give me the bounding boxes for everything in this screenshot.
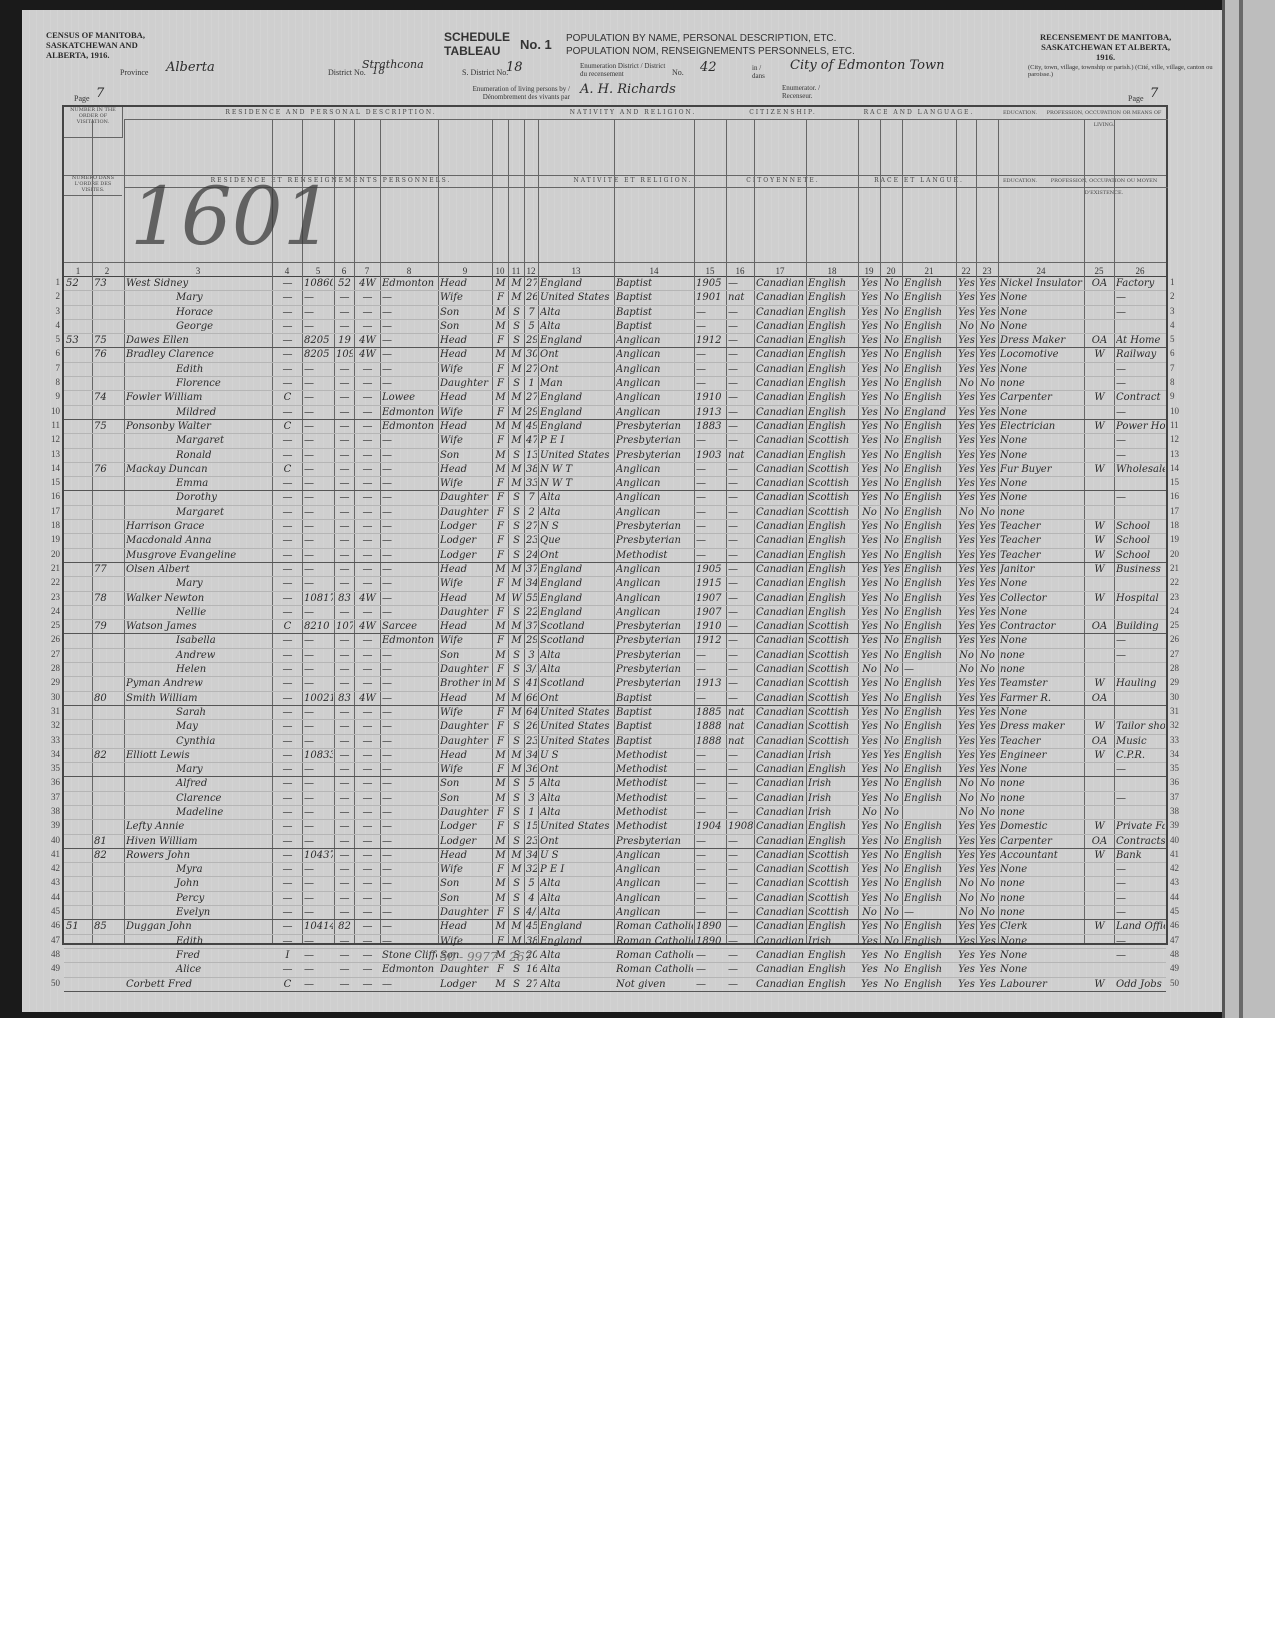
cell-sec: — — [304, 935, 333, 948]
cell-nationality: Canadian — [756, 877, 805, 890]
cell-nat: — — [728, 506, 753, 519]
cell-name: Elliott Lewis — [126, 749, 271, 762]
cell-emp: OA — [1086, 692, 1113, 705]
cell-rel: Wife — [440, 577, 491, 590]
cell-relig: Presbyterian — [616, 534, 693, 547]
cell-immig: — — [696, 520, 725, 533]
cell-occ: Clerk — [1000, 920, 1083, 933]
table-row: 3482Elliott Lewis—10833———HeadMM34U SMet… — [64, 749, 1166, 763]
cell-mil: — — [274, 549, 301, 562]
cell-s19: Yes — [860, 849, 879, 862]
column-number: 4 — [272, 266, 302, 276]
cell-birth: Alta — [540, 320, 613, 333]
column-number: 15 — [694, 266, 726, 276]
cell-age: 27 — [526, 391, 537, 404]
cell-sec: 10437 — [304, 849, 333, 862]
cell-relig: Baptist — [616, 277, 693, 290]
cell-emp: W — [1086, 677, 1113, 690]
cell-nationality: Canadian — [756, 906, 805, 919]
cell-muni: — — [382, 434, 437, 447]
cell-ms: M — [510, 935, 523, 948]
cell-ms: S — [510, 491, 523, 504]
cell-lang: English — [904, 735, 955, 748]
cell-w: Yes — [978, 677, 997, 690]
table-row: 8Florence—————DaughterFS1ManAnglican——Ca… — [64, 377, 1166, 391]
cell-s20: No — [882, 735, 901, 748]
cell-lang: English — [904, 606, 955, 619]
column-number: 10 — [492, 266, 508, 276]
cell-r: Yes — [958, 749, 975, 762]
cell-s20: No — [882, 920, 901, 933]
cell-r: Yes — [958, 706, 975, 719]
cell-mer: 4W — [356, 277, 379, 290]
cell-age: 27 — [526, 277, 537, 290]
cell-mil: — — [274, 277, 301, 290]
cell-rel: Head — [440, 563, 491, 576]
cell-birth: N W T — [540, 463, 613, 476]
line-number: 29 — [42, 677, 60, 687]
cell-relig: Not given — [616, 978, 693, 991]
cell-s20: No — [882, 906, 901, 919]
cell-where: Wholesale House — [1116, 463, 1165, 476]
cell-mer: — — [356, 863, 379, 876]
cell-nat: — — [728, 835, 753, 848]
column-number: 17 — [754, 266, 806, 276]
cell-s19: Yes — [860, 577, 879, 590]
cell-s19: No — [860, 506, 879, 519]
cell-immig: — — [696, 549, 725, 562]
cell-s19: Yes — [860, 449, 879, 462]
cell-age: 29 — [526, 634, 537, 647]
cell-relig: Anglican — [616, 377, 693, 390]
cell-nat: — — [728, 534, 753, 547]
cell-s19: Yes — [860, 792, 879, 805]
table-row: 18Harrison Grace—————LodgerFS27N SPresby… — [64, 520, 1166, 534]
cell-w: Yes — [978, 606, 997, 619]
cell-occ: None — [1000, 706, 1083, 719]
cell-mer: — — [356, 434, 379, 447]
cell-s20: No — [882, 706, 901, 719]
cell-r: No — [958, 806, 975, 819]
cell-muni: — — [382, 363, 437, 376]
cell-w: No — [978, 892, 997, 905]
line-number-right: 10 — [1170, 406, 1188, 416]
column-number: 2 — [92, 266, 122, 276]
cell-r: Yes — [958, 863, 975, 876]
cell-w: Yes — [978, 491, 997, 504]
cell-lang: English — [904, 792, 955, 805]
cell-sec: — — [304, 777, 333, 790]
cell-lang: English — [904, 706, 955, 719]
cell-mer: — — [356, 806, 379, 819]
cell-immig: — — [696, 377, 725, 390]
cell-r: Yes — [958, 978, 975, 991]
cell-r: No — [958, 320, 975, 333]
cell-w: Yes — [978, 749, 997, 762]
cell-relig: Anglican — [616, 363, 693, 376]
cell-w: Yes — [978, 935, 997, 948]
cell-sex: M — [494, 592, 507, 605]
table-row: 12Margaret—————WifeFM47P E IPresbyterian… — [64, 434, 1166, 448]
cell-w: Yes — [978, 763, 997, 776]
cell-sec: — — [304, 606, 333, 619]
cell-origin: English — [808, 420, 857, 433]
cell-mer: — — [356, 491, 379, 504]
cell-twp: — — [336, 506, 353, 519]
cell-where: — — [1116, 449, 1165, 462]
cell-birth: Ont — [540, 549, 613, 562]
sub-district-number: 18 — [506, 60, 523, 75]
cell-name: Olsen Albert — [126, 563, 271, 576]
line-number: 23 — [42, 592, 60, 602]
cell-birth: U S — [540, 849, 613, 862]
section-nativity-fr: NATIVITE ET RELIGION. — [538, 175, 728, 188]
cell-nat: — — [728, 277, 753, 290]
line-number: 30 — [42, 692, 60, 702]
cell-muni: — — [382, 835, 437, 848]
cell-rel: Head — [440, 348, 491, 361]
cell-ms: S — [510, 320, 523, 333]
cell-sec: — — [304, 391, 333, 404]
cell-occ: None — [1000, 449, 1083, 462]
line-number: 32 — [42, 720, 60, 730]
margin-annotation: 1601 — [130, 170, 334, 263]
cell-s20: Yes — [882, 749, 901, 762]
cell-where: Tailor shop — [1116, 720, 1165, 733]
cell-w: Yes — [978, 477, 997, 490]
cell-muni: — — [382, 477, 437, 490]
cell-w: Yes — [978, 849, 997, 862]
cell-name: Smith William — [126, 692, 271, 705]
column-number: 8 — [380, 266, 438, 276]
cell-w: Yes — [978, 978, 997, 991]
cell-s20: No — [882, 835, 901, 848]
column-number: 12 — [524, 266, 538, 276]
cell-sec: — — [304, 520, 333, 533]
cell-occ: None — [1000, 863, 1083, 876]
cell-relig: Anglican — [616, 577, 693, 590]
cell-name: Dawes Ellen — [126, 334, 271, 347]
cell-immig: — — [696, 306, 725, 319]
cell-relig: Baptist — [616, 692, 693, 705]
cell-nationality: Canadian — [756, 592, 805, 605]
place-value: City of Edmonton Town — [790, 58, 944, 73]
cell-muni: — — [382, 377, 437, 390]
cell-r: Yes — [958, 935, 975, 948]
cell-r: Yes — [958, 406, 975, 419]
cell-twp: — — [336, 906, 353, 919]
cell-nat: — — [728, 520, 753, 533]
line-number-right: 50 — [1170, 978, 1188, 988]
cell-r: No — [958, 649, 975, 662]
cell-s19: Yes — [860, 963, 879, 976]
cell-sec: — — [304, 792, 333, 805]
cell-lang: English — [904, 491, 955, 504]
cell-twp: 19 — [336, 334, 353, 347]
cell-r: Yes — [958, 949, 975, 962]
cell-muni: — — [382, 920, 437, 933]
cell-nat: — — [728, 920, 753, 933]
cell-occ: None — [1000, 406, 1083, 419]
section-profession-fr: PROFESSION, OCCUPATION OU MOYEN D'EXISTE… — [1040, 175, 1168, 188]
cell-sex: F — [494, 906, 507, 919]
cell-nat: — — [728, 777, 753, 790]
cell-lang: English — [904, 634, 955, 647]
table-row: 13Ronald—————SonMS13United StatesPresbyt… — [64, 449, 1166, 463]
cell-occ: none — [1000, 377, 1083, 390]
cell-twp: — — [336, 935, 353, 948]
cell-s20: No — [882, 978, 901, 991]
cell-rel: Brother in law — [440, 677, 491, 690]
cell-s20: No — [882, 620, 901, 633]
cell-nat: — — [728, 491, 753, 504]
cell-birth: Scotland — [540, 677, 613, 690]
line-number: 27 — [42, 649, 60, 659]
cell-age: 36 — [526, 763, 537, 776]
cell-nat: — — [728, 563, 753, 576]
cell-sec: — — [304, 506, 333, 519]
line-number-right: 30 — [1170, 692, 1188, 702]
cell-s20: No — [882, 877, 901, 890]
line-number-right: 43 — [1170, 877, 1188, 887]
table-row: 22Mary—————WifeFM34EnglandAnglican1915—C… — [64, 577, 1166, 591]
cell-sec: — — [304, 892, 333, 905]
table-row: 4081Hiven William—————LodgerMS23OntPresb… — [64, 835, 1166, 849]
cell-sex: M — [494, 563, 507, 576]
cell-muni: — — [382, 606, 437, 619]
cell-relig: Anglican — [616, 877, 693, 890]
cell-lang: English — [904, 949, 955, 962]
cell-sec: — — [304, 835, 333, 848]
cell-where: Hauling — [1116, 677, 1165, 690]
line-number-right: 36 — [1170, 777, 1188, 787]
cell-immig: 1890 — [696, 935, 725, 948]
cell-nationality: Canadian — [756, 677, 805, 690]
table-row: 38Madeline—————DaughterFS1AltaMethodist—… — [64, 806, 1166, 820]
cell-birth: Ont — [540, 363, 613, 376]
cell-sex: F — [494, 606, 507, 619]
cell-lang: English — [904, 620, 955, 633]
cell-origin: Scottish — [808, 620, 857, 633]
cell-age: 1 — [526, 377, 537, 390]
cell-nat: — — [728, 463, 753, 476]
line-number-right: 33 — [1170, 735, 1188, 745]
section-visitation: NUMBER IN THE ORDER OF VISITATION. — [64, 107, 123, 138]
cell-nat: — — [728, 620, 753, 633]
page-number-left: 7 — [96, 86, 104, 101]
line-number: 45 — [42, 906, 60, 916]
cell-sex: M — [494, 792, 507, 805]
cell-muni: — — [382, 649, 437, 662]
cell-nationality: Canadian — [756, 820, 805, 833]
cell-origin: English — [808, 763, 857, 776]
cell-s19: Yes — [860, 877, 879, 890]
cell-origin: English — [808, 277, 857, 290]
cell-s20: No — [882, 577, 901, 590]
cell-origin: Scottish — [808, 477, 857, 490]
cell-nat: — — [728, 935, 753, 948]
cell-where: School — [1116, 549, 1165, 562]
cell-nationality: Canadian — [756, 506, 805, 519]
cell-ms: M — [510, 348, 523, 361]
table-row: 2579Watson JamesC82101074WSarceeHeadMM37… — [64, 620, 1166, 634]
column-number: 11 — [508, 266, 524, 276]
cell-twp: 83 — [336, 692, 353, 705]
cell-s19: Yes — [860, 677, 879, 690]
cell-rel: Wife — [440, 935, 491, 948]
cell-rel: Head — [440, 391, 491, 404]
cell-mer: 4W — [356, 592, 379, 605]
cell-mer: — — [356, 849, 379, 862]
cell-occ: None — [1000, 491, 1083, 504]
cell-relig: Baptist — [616, 706, 693, 719]
table-row: 36Alfred—————SonMS5AltaMethodist——Canadi… — [64, 777, 1166, 791]
cell-twp: — — [336, 520, 353, 533]
cell-ms: M — [510, 291, 523, 304]
cell-occ: None — [1000, 634, 1083, 647]
cell-s20: No — [882, 291, 901, 304]
cell-s19: Yes — [860, 749, 879, 762]
cell-immig: — — [696, 749, 725, 762]
form-title-french: RECENSEMENT DE MANITOBA, SASKATCHEWAN ET… — [1040, 32, 1171, 62]
cell-muni: — — [382, 692, 437, 705]
cell-age: 34 — [526, 749, 537, 762]
cell-age: 16 — [526, 963, 537, 976]
cell-relig: Presbyterian — [616, 449, 693, 462]
cell-s20: No — [882, 763, 901, 776]
table-row: 4182Rowers John—10437———HeadMM34U SAngli… — [64, 849, 1166, 863]
cell-w: Yes — [978, 949, 997, 962]
cell-where: — — [1116, 306, 1165, 319]
cell-rel: Daughter — [440, 906, 491, 919]
cell-r: No — [958, 777, 975, 790]
cell-r: No — [958, 906, 975, 919]
cell-fam: 76 — [94, 348, 121, 361]
table-row: 55375Dawes Ellen—8205194W—HeadFS29Englan… — [64, 334, 1166, 348]
cell-immig: 1910 — [696, 620, 725, 633]
cell-s19: Yes — [860, 735, 879, 748]
cell-twp: 83 — [336, 592, 353, 605]
enumerator-name: A. H. Richards — [580, 82, 676, 97]
cell-s20: No — [882, 777, 901, 790]
cell-twp: — — [336, 491, 353, 504]
cell-sex: F — [494, 935, 507, 948]
cell-twp: 109 — [336, 348, 353, 361]
column-number: 26 — [1114, 266, 1166, 276]
line-number: 46 — [42, 920, 60, 930]
cell-occ: None — [1000, 363, 1083, 376]
line-number-right: 31 — [1170, 706, 1188, 716]
cell-immig: 1913 — [696, 677, 725, 690]
cell-where: Factory — [1116, 277, 1165, 290]
cell-sec: — — [304, 978, 333, 991]
cell-mil: — — [274, 449, 301, 462]
cell-rel: Head — [440, 749, 491, 762]
in-label: in / dans — [752, 64, 772, 80]
cell-mil: — — [274, 377, 301, 390]
cell-birth: P E I — [540, 863, 613, 876]
cell-nat: — — [728, 849, 753, 862]
cell-mil: — — [274, 606, 301, 619]
cell-sec: — — [304, 820, 333, 833]
cell-s19: Yes — [860, 563, 879, 576]
cell-occ: None — [1000, 306, 1083, 319]
cell-occ: none — [1000, 892, 1083, 905]
cell-rel: Daughter — [440, 806, 491, 819]
cell-sex: F — [494, 806, 507, 819]
cell-immig: — — [696, 649, 725, 662]
scan-edge-strip — [1222, 0, 1275, 1018]
cell-dw: 52 — [66, 277, 91, 290]
line-number-right: 32 — [1170, 720, 1188, 730]
cell-emp: W — [1086, 920, 1113, 933]
cell-name: Rowers John — [126, 849, 271, 862]
cell-sec: — — [304, 306, 333, 319]
cell-age: 23 — [526, 835, 537, 848]
cell-s20: No — [882, 849, 901, 862]
cell-s20: No — [882, 863, 901, 876]
cell-relig: Methodist — [616, 777, 693, 790]
cell-r: Yes — [958, 363, 975, 376]
cell-ms: S — [510, 892, 523, 905]
cell-ms: S — [510, 963, 523, 976]
cell-sec: — — [304, 406, 333, 419]
cell-s20: No — [882, 377, 901, 390]
line-number: 3 — [42, 306, 60, 316]
cell-twp: — — [336, 663, 353, 676]
cell-sec: — — [304, 677, 333, 690]
cell-mil: — — [274, 906, 301, 919]
cell-nationality: Canadian — [756, 620, 805, 633]
cell-r: Yes — [958, 420, 975, 433]
cell-mer: — — [356, 949, 379, 962]
cell-origin: English — [808, 391, 857, 404]
cell-sex: F — [494, 549, 507, 562]
cell-w: Yes — [978, 334, 997, 347]
cell-immig: — — [696, 534, 725, 547]
cell-r: Yes — [958, 720, 975, 733]
cell-occ: Teamster — [1000, 677, 1083, 690]
cell-nationality: Canadian — [756, 835, 805, 848]
cell-sex: M — [494, 277, 507, 290]
cell-w: No — [978, 806, 997, 819]
cell-mil: — — [274, 735, 301, 748]
line-number: 47 — [42, 935, 60, 945]
cell-twp: — — [336, 649, 353, 662]
cell-lang: English — [904, 463, 955, 476]
cell-nat: nat — [728, 706, 753, 719]
cell-age: 38 — [526, 463, 537, 476]
cell-origin: English — [808, 606, 857, 619]
cell-nationality: Canadian — [756, 449, 805, 462]
cell-sex: F — [494, 520, 507, 533]
line-number: 1 — [42, 277, 60, 287]
cell-muni: — — [382, 563, 437, 576]
cell-origin: English — [808, 348, 857, 361]
cell-ms: M — [510, 563, 523, 576]
cell-age: 49 — [526, 420, 537, 433]
line-number: 25 — [42, 620, 60, 630]
cell-occ: None — [1000, 291, 1083, 304]
cell-mer: — — [356, 835, 379, 848]
cell-s20: No — [882, 420, 901, 433]
column-number: 7 — [354, 266, 380, 276]
cell-age: 15 — [526, 820, 537, 833]
cell-lang: English — [904, 763, 955, 776]
line-number: 15 — [42, 477, 60, 487]
cell-mer: — — [356, 763, 379, 776]
cell-lang: English — [904, 720, 955, 733]
